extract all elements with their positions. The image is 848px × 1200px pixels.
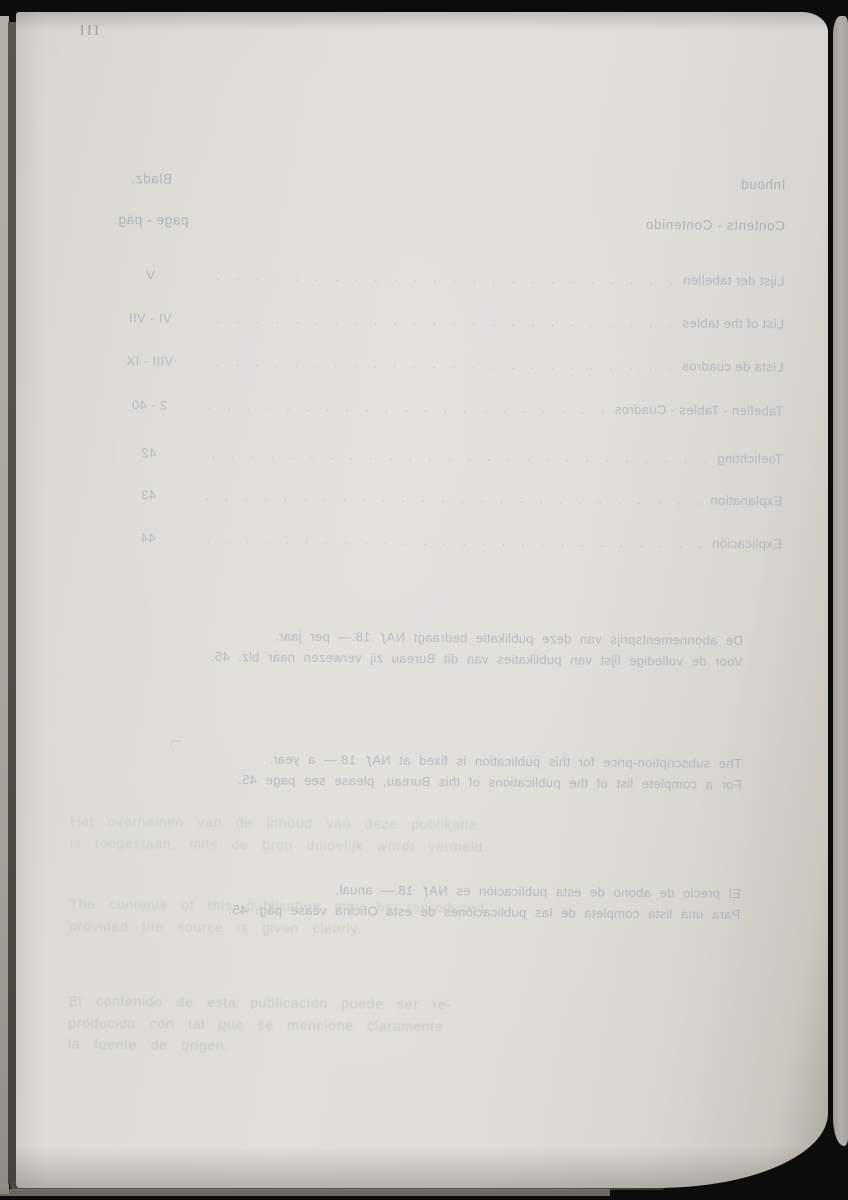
scanned-page: III Inhoud Bladz. Contents - Contenido p… [16, 12, 828, 1188]
copyright-note-english: The contents of this publication may be … [69, 894, 609, 942]
toc-entry-label: Lista de cuadros [682, 358, 784, 374]
copyright-note-spanish: El contenido de esta publicación puede s… [68, 991, 609, 1061]
toc-entry-label: Explicación [712, 536, 782, 552]
toc-entry-label: List of the tables [682, 315, 784, 331]
toc-entry: List of the tables . . . . . . . . . . .… [104, 310, 784, 333]
subscription-note-english: The subscription-price for this publicat… [122, 748, 742, 795]
toc-entry-pages: 42 [103, 445, 195, 461]
toc-header-title: Contents - Contenido [645, 217, 785, 233]
toc-entry: Lijst der tabellen . . . . . . . . . . .… [104, 267, 784, 290]
scanner-bed-bottom-strip [0, 1189, 610, 1196]
copyright-note-dutch: Het overnemen van de inhoud van deze pub… [70, 811, 610, 859]
toc-entry: Explanation . . . . . . . . . . . . . . … [102, 487, 782, 510]
leader-dots: . . . . . . . . . . . . . . . . . . . . … [206, 312, 672, 331]
toc-entry-pages: 43 [102, 487, 194, 503]
toc-entry-label: Explanation [710, 493, 782, 509]
toc-spacer [197, 184, 740, 189]
toc-header-pages: Bladz. [105, 171, 197, 187]
next-page-sliver [833, 16, 848, 1146]
subscription-note-dutch: De abonnementsprijs van deze publikatie … [123, 625, 743, 672]
toc-entry-label: Toelichting [717, 451, 783, 467]
leader-dots: . . . . . . . . . . . . . . . . . . . . … [204, 532, 702, 552]
toc-header-intl: Contents - Contenido page - pág. [105, 212, 785, 234]
toc-entry: Tabellen - Tables - Cuadros . . . . . . … [103, 397, 783, 420]
toc-header-dutch: Inhoud Bladz. [105, 171, 785, 193]
toc-entry-label: Lijst der tabellen [683, 272, 785, 288]
toc-entry-pages: V [104, 267, 196, 283]
stray-ink-mark [171, 741, 181, 748]
leader-dots: . . . . . . . . . . . . . . . . . . . . … [204, 489, 700, 509]
toc-entry: Explicación . . . . . . . . . . . . . . … [102, 530, 782, 553]
toc-entry-pages: 2 - 40 [103, 397, 195, 413]
leader-dots: . . . . . . . . . . . . . . . . . . . . … [205, 399, 604, 418]
toc-entry: Toelichting . . . . . . . . . . . . . . … [103, 445, 783, 468]
leader-dots: . . . . . . . . . . . . . . . . . . . . … [205, 447, 707, 467]
toc-spacer [197, 225, 645, 229]
toc-header-pages: page - pág. [105, 212, 197, 228]
toc-entry-pages: 44 [102, 530, 194, 546]
toc-entry-pages: VI - VII [104, 310, 196, 326]
leader-dots: . . . . . . . . . . . . . . . . . . . . … [206, 355, 672, 374]
toc-entry-pages: VIII - IX [104, 353, 196, 369]
leader-dots: . . . . . . . . . . . . . . . . . . . . … [206, 269, 672, 288]
table-of-contents: Inhoud Bladz. Contents - Contenido page … [107, 12, 787, 15]
toc-entry-label: Tabellen - Tables - Cuadros [614, 402, 783, 419]
toc-entry: Lista de cuadros . . . . . . . . . . . .… [104, 353, 784, 376]
page-print-layer: III Inhoud Bladz. Contents - Contenido p… [16, 12, 828, 1188]
toc-header-title: Inhoud [740, 177, 785, 192]
